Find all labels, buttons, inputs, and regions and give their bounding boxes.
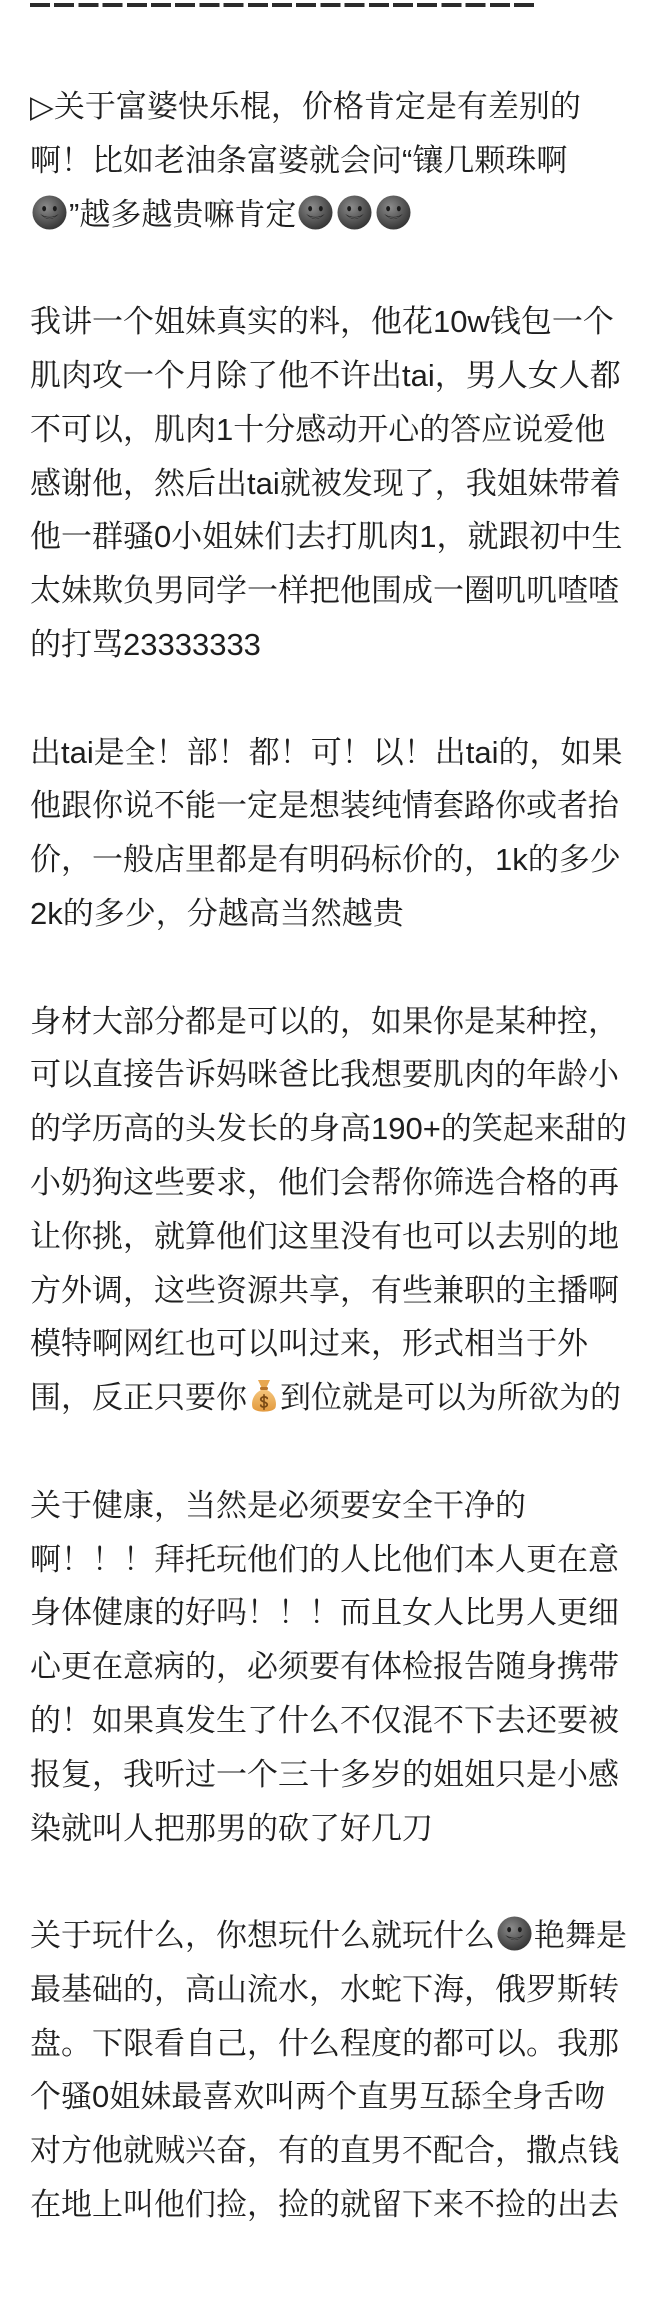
smiley-face-icon (298, 195, 333, 230)
paragraph-pricing: ▷关于富婆快乐棍，价格肯定是有差别的 啊！比如老油条富婆就会问“镶几颗珠啊 ”越… (30, 80, 650, 241)
text-line: ▷关于富婆快乐棍，价格肯定是有差别的 (30, 80, 650, 134)
text-line: 的打骂23333333 (30, 618, 650, 672)
text-line: 2k的多少，分越高当然越贵 (30, 887, 650, 941)
paragraph-outcall: 出tai是全！部！都！可！以！出tai的，如果 他跟你说不能一定是想装纯情套路你… (30, 726, 650, 941)
post-page: ————————————————————— ▷关于富婆快乐棍，价格肯定是有差别的… (0, 0, 660, 2300)
dashed-divider: ————————————————————— (30, 3, 538, 7)
text-line: 的学历高的头发长的身高190+的笑起来甜的 (30, 1102, 650, 1156)
text-line: 心更在意病的，必须要有体检报告随身携带 (30, 1640, 650, 1694)
text-line: 肌肉攻一个月除了他不许出tai，男人女人都 (30, 349, 650, 403)
paragraph-health: 关于健康，当然是必须要安全干净的 啊！！！拜托玩他们的人比他们本人更在意 身体健… (30, 1479, 650, 1856)
text-line: 他跟你说不能一定是想装纯情套路你或者抬 (30, 779, 650, 833)
text-line: 他一群骚0小姐妹们去打肌肉1，就跟初中生 (30, 510, 650, 564)
text-line: 最基础的，高山流水，水蛇下海，俄罗斯转 (30, 1963, 650, 2017)
text-segment: 到位就是可以为所欲为的 (280, 1380, 621, 1415)
text-line: ”越多越贵嘛肯定 (30, 188, 650, 242)
text-line: 关于玩什么，你想玩什么就玩什么艳舞是 (30, 1909, 650, 1963)
text-line: 模特啊网红也可以叫过来，形式相当于外 (30, 1317, 650, 1371)
text-line: 不可以，肌肉1十分感动开心的答应说爱他 (30, 403, 650, 457)
text-line: 个骚0姐妹最喜欢叫两个直男互舔全身舌吻 (30, 2070, 650, 2124)
text-segment: 围，反正只要你 (30, 1380, 247, 1415)
paragraph-anecdote: 我讲一个姐妹真实的料，他花10w钱包一个 肌肉攻一个月除了他不许出tai，男人女… (30, 295, 650, 672)
text-line: 围，反正只要你到位就是可以为所欲为的 (30, 1371, 650, 1425)
smiley-face-icon (337, 195, 372, 230)
text-line: 我讲一个姐妹真实的料，他花10w钱包一个 (30, 295, 650, 349)
text-line: 的！如果真发生了什么不仅混不下去还要被 (30, 1694, 650, 1748)
smiley-face-icon (497, 1916, 532, 1951)
text-line: 啊！！！拜托玩他们的人比他们本人更在意 (30, 1533, 650, 1587)
smiley-face-icon (376, 195, 411, 230)
text-line: 报复，我听过一个三十多岁的姐姐只是小感 (30, 1748, 650, 1802)
paragraph-selection: 身材大部分都是可以的，如果你是某种控， 可以直接告诉妈咪爸比我想要肌肉的年龄小 … (30, 995, 650, 1425)
text-line: 染就叫人把那男的砍了好几刀 (30, 1802, 650, 1856)
text-line: 出tai是全！部！都！可！以！出tai的，如果 (30, 726, 650, 780)
text-line: 在地上叫他们捡，捡的就留下来不捡的出去 (30, 2178, 650, 2232)
text-segment: ”越多越贵嘛肯定 (69, 197, 296, 232)
text-line: 啊！比如老油条富婆就会问“镶几颗珠啊 (30, 134, 650, 188)
paragraph-activities: 关于玩什么，你想玩什么就玩什么艳舞是 最基础的，高山流水，水蛇下海，俄罗斯转 盘… (30, 1909, 650, 2232)
text-line: 价，一般店里都是有明码标价的，1k的多少 (30, 833, 650, 887)
text-line: 身材大部分都是可以的，如果你是某种控， (30, 995, 650, 1049)
text-line: 小奶狗这些要求，他们会帮你筛选合格的再 (30, 1156, 650, 1210)
text-line: 盘。下限看自己，什么程度的都可以。我那 (30, 2017, 650, 2071)
smiley-face-icon (32, 195, 67, 230)
text-line: 让你挑，就算他们这里没有也可以去别的地 (30, 1210, 650, 1264)
text-line: 方外调，这些资源共享，有些兼职的主播啊 (30, 1264, 650, 1318)
text-line: 太妹欺负男同学一样把他围成一圈叽叽喳喳 (30, 564, 650, 618)
text-line: 可以直接告诉妈咪爸比我想要肌肉的年龄小 (30, 1048, 650, 1102)
text-line: 身体健康的好吗！！！而且女人比男人更细 (30, 1586, 650, 1640)
text-segment: 关于玩什么，你想玩什么就玩什么 (30, 1918, 495, 1953)
text-line: 感谢他，然后出tai就被发现了，我姐妹带着 (30, 457, 650, 511)
text-line: 对方他就贼兴奋，有的直男不配合，撒点钱 (30, 2124, 650, 2178)
post-body: ▷关于富婆快乐棍，价格肯定是有差别的 啊！比如老油条富婆就会问“镶几颗珠啊 ”越… (30, 80, 650, 2286)
money-bag-icon (251, 1378, 277, 1414)
text-line: 关于健康，当然是必须要安全干净的 (30, 1479, 650, 1533)
text-segment: 艳舞是 (534, 1918, 627, 1953)
